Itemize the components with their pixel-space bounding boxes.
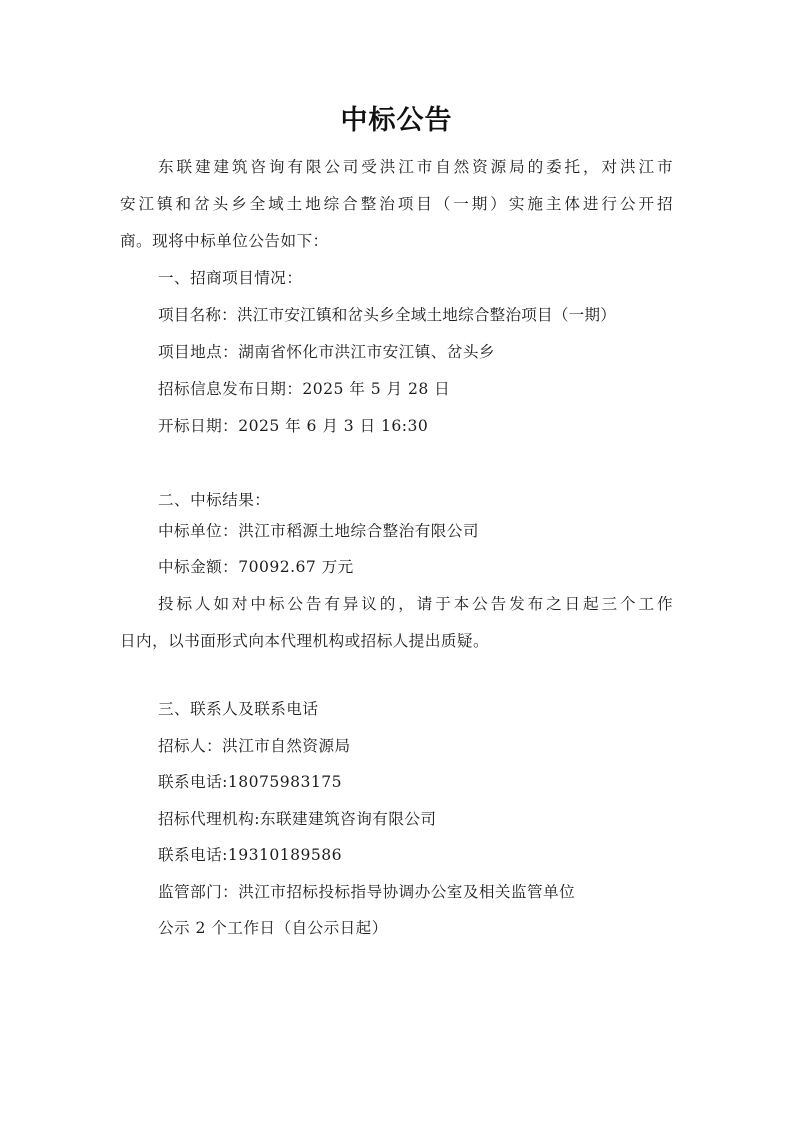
tenderer: 招标人：洪江市自然资源局 [158,736,351,756]
agency-phone: 联系电话:19310189586 [158,845,342,865]
winning-amount: 中标金额：70092.67 万元 [158,557,354,577]
intro-line-2: 安江镇和岔头乡全域土地综合整治项目（一期）实施主体进行公开招 [120,194,673,214]
winning-bidder: 中标单位：洪江市稻源土地综合整治有限公司 [158,521,479,541]
publish-date: 招标信息发布日期：2025 年 5 月 28 日 [158,379,450,399]
intro-line-3: 商。现将中标单位公告如下： [120,231,329,251]
document-page: 中标公告 东联建建筑咨询有限公司受洪江市自然资源局的委托，对洪江市 安江镇和岔头… [0,0,793,1122]
tender-agency: 招标代理机构:东联建建筑咨询有限公司 [158,809,436,829]
objection-line-2: 日内，以书面形式向本代理机构或招标人提出质疑。 [120,631,489,651]
page-title: 中标公告 [0,98,793,137]
project-name: 项目名称：洪江市安江镇和岔头乡全域土地综合整治项目（一期） [158,305,616,325]
section-1-heading: 一、招商项目情况： [158,268,302,288]
opening-date: 开标日期：2025 年 6 月 3 日 16:30 [158,416,428,436]
objection-line-1: 投标人如对中标公告有异议的，请于本公告发布之日起三个工作 [158,594,673,614]
tenderer-phone: 联系电话:18075983175 [158,772,342,792]
supervising-department: 监管部门：洪江市招标投标指导协调办公室及相关监管单位 [158,882,575,902]
project-location: 项目地点：湖南省怀化市洪江市安江镇、岔头乡 [158,342,495,362]
intro-line-1: 东联建建筑咨询有限公司受洪江市自然资源局的委托，对洪江市 [158,157,673,177]
section-3-heading: 三、联系人及联系电话 [158,699,318,719]
publicity-period: 公示 2 个工作日（自公示日起） [158,918,388,938]
section-2-heading: 二、中标结果： [158,490,270,510]
